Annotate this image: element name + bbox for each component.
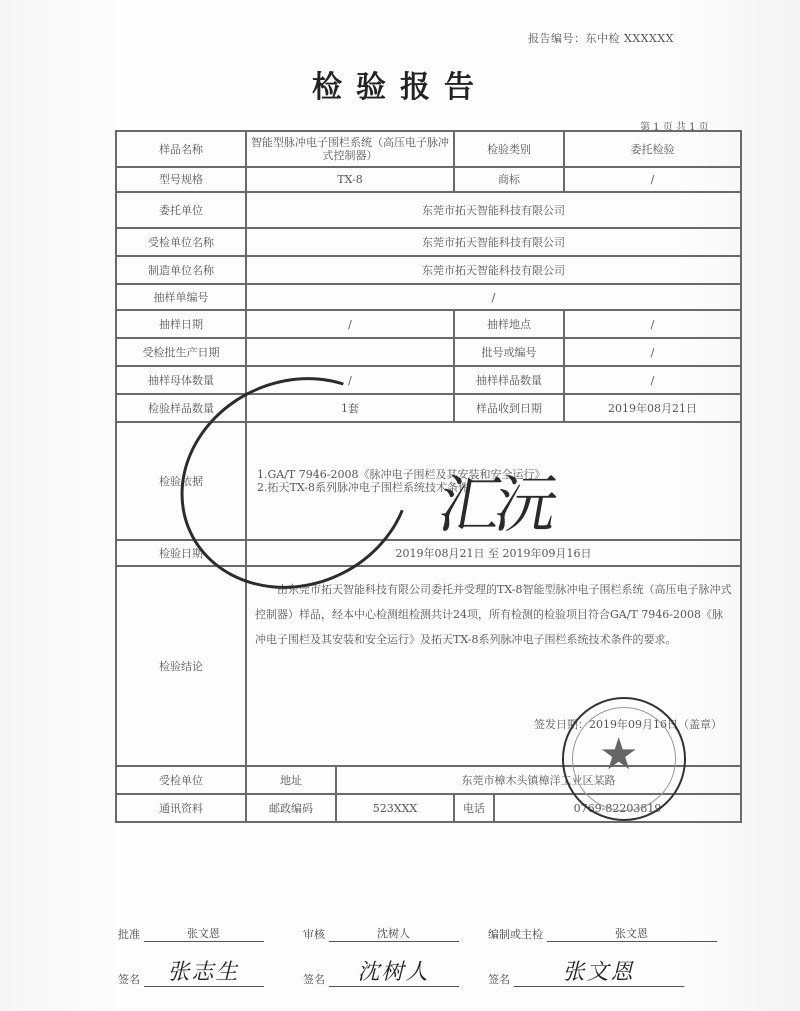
field-label: 样品收到日期 (454, 394, 564, 422)
field-label: 商标 (454, 167, 564, 192)
field-value: 委托检验 (564, 131, 741, 167)
signature-label: 签名 (488, 973, 510, 986)
official-seal-stamp: ★ (562, 697, 686, 821)
handwritten-signature-mark: 汇沅 (432, 455, 560, 544)
address-label: 地址 (246, 766, 336, 794)
signature-field: 签名 沈树人 (303, 955, 459, 987)
table-row: 型号规格 TX-8 商标 / (116, 167, 741, 192)
field-value: / (246, 284, 741, 310)
receiving-label: 受检单位 (116, 766, 246, 794)
signature-field: 签名 张志生 (118, 955, 264, 987)
field-value: 东莞市拓天智能科技有限公司 (246, 256, 741, 284)
field-value: TX-8 (246, 167, 454, 192)
approve-label: 批准 (118, 928, 140, 941)
field-value: / (246, 310, 454, 338)
handwritten-signature: 张志生 (144, 955, 264, 987)
compiler-field: 编制或主检 张文恩 (488, 925, 717, 942)
table-row: 制造单位名称 东莞市拓天智能科技有限公司 (116, 256, 741, 284)
field-label: 委托单位 (116, 192, 246, 228)
handwritten-signature: 张文恩 (514, 955, 684, 987)
handwritten-signature: 沈树人 (329, 955, 459, 987)
field-label: 样品名称 (116, 131, 246, 167)
contact-label: 通讯资料 (116, 794, 246, 822)
postcode-value: 523XXX (336, 794, 454, 822)
table-row: 委托单位 东莞市拓天智能科技有限公司 (116, 192, 741, 228)
signature-field: 签名 张文恩 (488, 955, 684, 987)
table-row: 抽样单编号 / (116, 284, 741, 310)
table-row: 检验样品数量 1套 样品收到日期 2019年08月21日 (116, 394, 741, 422)
conclusion-text: 由东莞市拓天智能科技有限公司委托并受理的TX-8智能型脉冲电子围栏系统（高压电子… (255, 577, 732, 652)
table-row: 受检批生产日期 批号或编号 / (116, 338, 741, 366)
field-label: 型号规格 (116, 167, 246, 192)
field-value: / (564, 338, 741, 366)
field-label: 抽样地点 (454, 310, 564, 338)
field-label: 检验类别 (454, 131, 564, 167)
table-row: 受检单位名称 东莞市拓天智能科技有限公司 (116, 228, 741, 256)
field-value: 东莞市拓天智能科技有限公司 (246, 228, 741, 256)
field-value: / (564, 366, 741, 394)
conclusion-label: 检验结论 (116, 566, 246, 766)
table-row: 样品名称 智能型脉冲电子围栏系统（高压电子脉冲式控制器） 检验类别 委托检验 (116, 131, 741, 167)
approve-value: 张文恩 (144, 925, 264, 942)
report-number: 报告编号：东中检 XXXXXX (528, 30, 674, 46)
star-icon: ★ (599, 729, 638, 780)
compiler-label: 编制或主检 (488, 928, 543, 941)
table-row: 抽样母体数量 / 抽样样品数量 / (116, 366, 741, 394)
phone-label: 电话 (454, 794, 494, 822)
postcode-label: 邮政编码 (246, 794, 336, 822)
field-label: 受检单位名称 (116, 228, 246, 256)
field-label: 抽样单编号 (116, 284, 246, 310)
review-label: 审核 (303, 928, 325, 941)
field-value: 智能型脉冲电子围栏系统（高压电子脉冲式控制器） (246, 131, 454, 167)
field-label: 制造单位名称 (116, 256, 246, 284)
review-value: 沈树人 (329, 925, 459, 942)
compiler-value: 张文恩 (547, 925, 717, 942)
signature-label: 签名 (118, 973, 140, 986)
field-label: 抽样样品数量 (454, 366, 564, 394)
field-label: 受检批生产日期 (116, 338, 246, 366)
field-value: 东莞市拓天智能科技有限公司 (246, 192, 741, 228)
page-title: 检验报告 (0, 62, 800, 106)
approve-field: 批准 张文恩 (118, 925, 264, 942)
signature-label: 签名 (303, 973, 325, 986)
field-value: / (564, 167, 741, 192)
review-field: 审核 沈树人 (303, 925, 459, 942)
table-row: 抽样日期 / 抽样地点 / (116, 310, 741, 338)
field-label: 抽样日期 (116, 310, 246, 338)
field-label: 抽样母体数量 (116, 366, 246, 394)
field-value: / (564, 310, 741, 338)
field-value (246, 338, 454, 366)
field-value: 2019年08月21日 (564, 394, 741, 422)
field-label: 批号或编号 (454, 338, 564, 366)
